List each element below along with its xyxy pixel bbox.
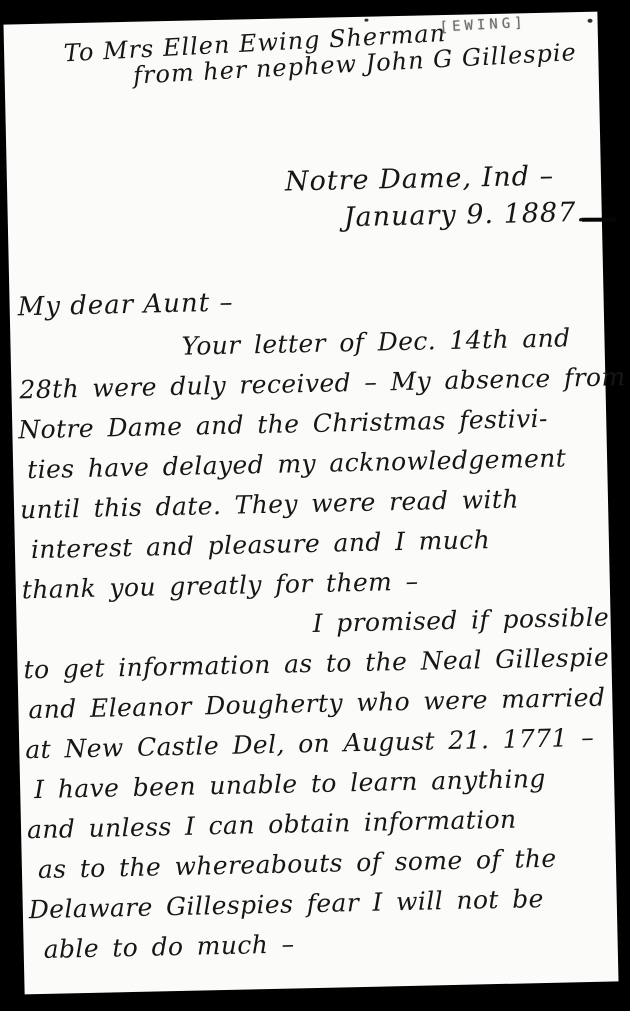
letter-body: Your letter of Dec. 14th and 28th were d… (16, 318, 614, 971)
scan-background: To Mrs Ellen Ewing Sherman from her neph… (0, 0, 630, 1011)
scan-artifact-notch (582, 218, 616, 222)
scan-noise-dot (364, 19, 368, 22)
dateline: Notre Dame, Ind – January 9. 1887. (7, 160, 602, 241)
scan-noise-dot (588, 19, 593, 23)
letter-page: To Mrs Ellen Ewing Sherman from her neph… (3, 12, 618, 995)
dateline-place: Notre Dame, Ind – (285, 160, 602, 198)
dateline-date: January 9. 1887. (343, 197, 602, 234)
salutation: My dear Aunt – (17, 288, 233, 323)
